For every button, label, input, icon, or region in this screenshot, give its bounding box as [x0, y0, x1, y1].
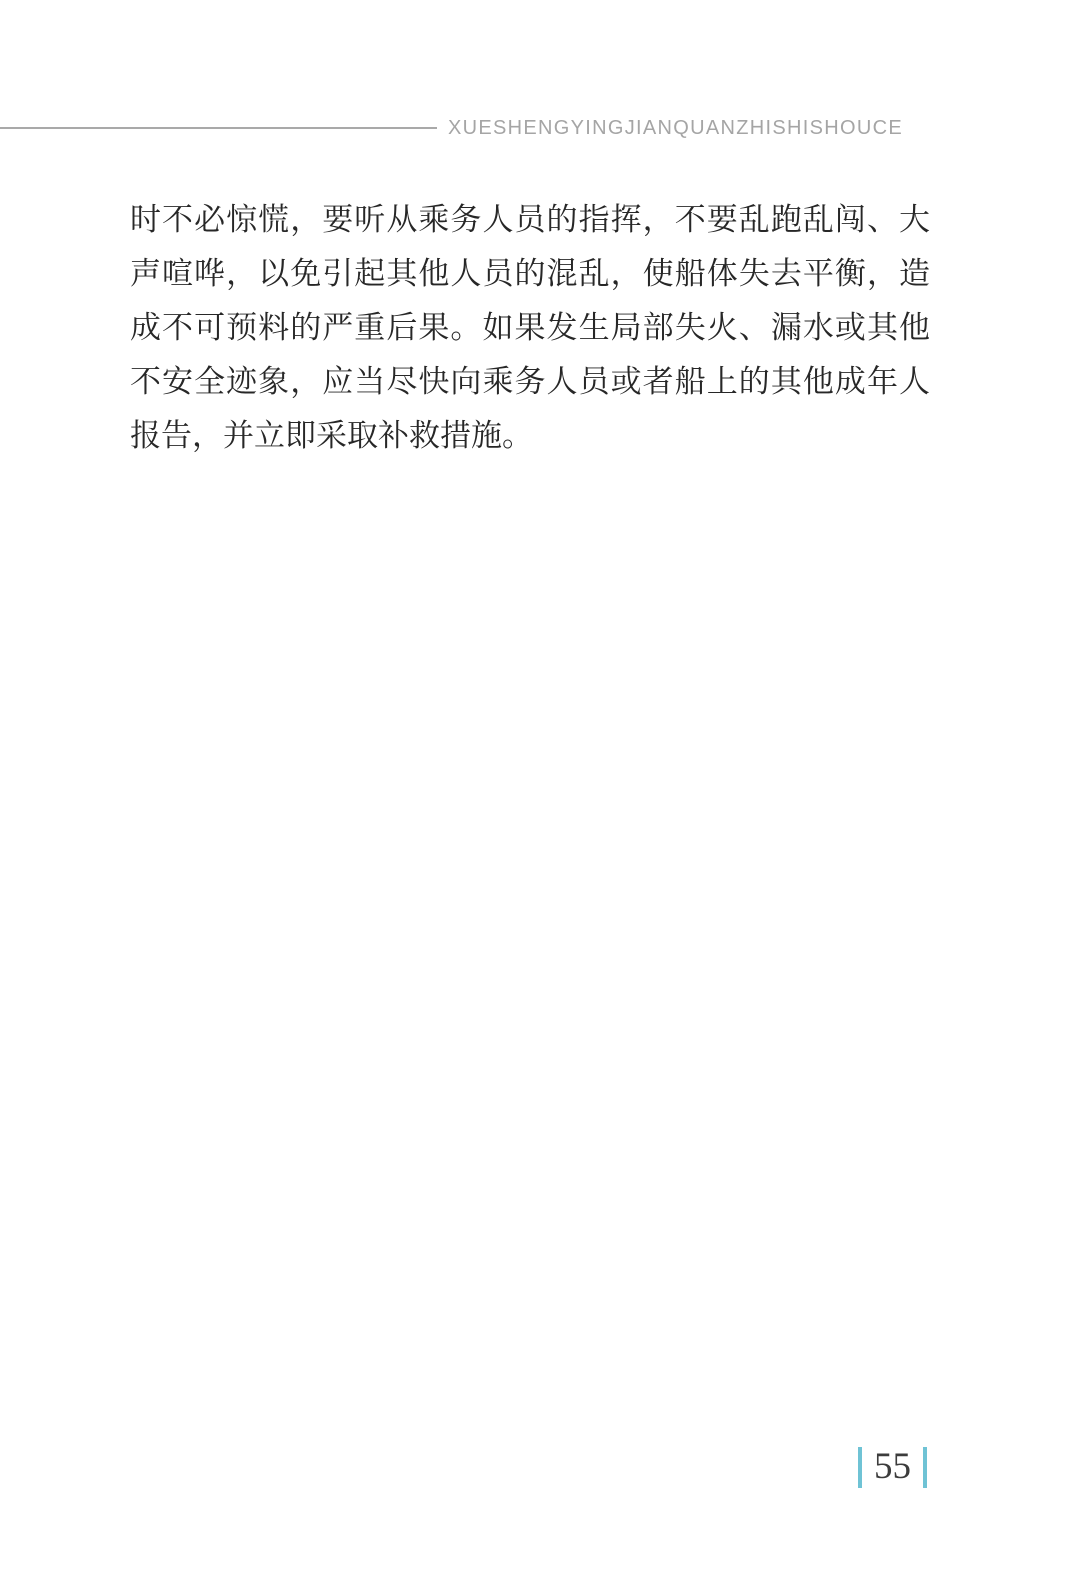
page-number-right-bar — [923, 1447, 927, 1488]
paragraph-line: 成不可预料的严重后果。如果发生局部失火、漏水或其他 — [130, 301, 930, 355]
page-number-value: 55 — [874, 1444, 911, 1490]
body-paragraph: 时不必惊慌，要听从乘务人员的指挥，不要乱跑乱闯、大 声喧哗，以免引起其他人员的混… — [130, 193, 930, 463]
paragraph-line: 报告，并立即采取补救措施。 — [130, 409, 930, 463]
header-rule — [0, 127, 437, 129]
paragraph-line: 不安全迹象，应当尽快向乘务人员或者船上的其他成年人 — [130, 355, 930, 409]
document-page: XUESHENGYINGJIANQUANZHISHISHOUCE 时不必惊慌，要… — [0, 0, 1080, 1577]
running-header-title: XUESHENGYINGJIANQUANZHISHISHOUCE — [448, 116, 903, 140]
page-number-left-bar — [858, 1447, 862, 1488]
page-number: 55 — [858, 1444, 927, 1490]
paragraph-line: 时不必惊慌，要听从乘务人员的指挥，不要乱跑乱闯、大 — [130, 193, 930, 247]
paragraph-line: 声喧哗，以免引起其他人员的混乱，使船体失去平衡，造 — [130, 247, 930, 301]
